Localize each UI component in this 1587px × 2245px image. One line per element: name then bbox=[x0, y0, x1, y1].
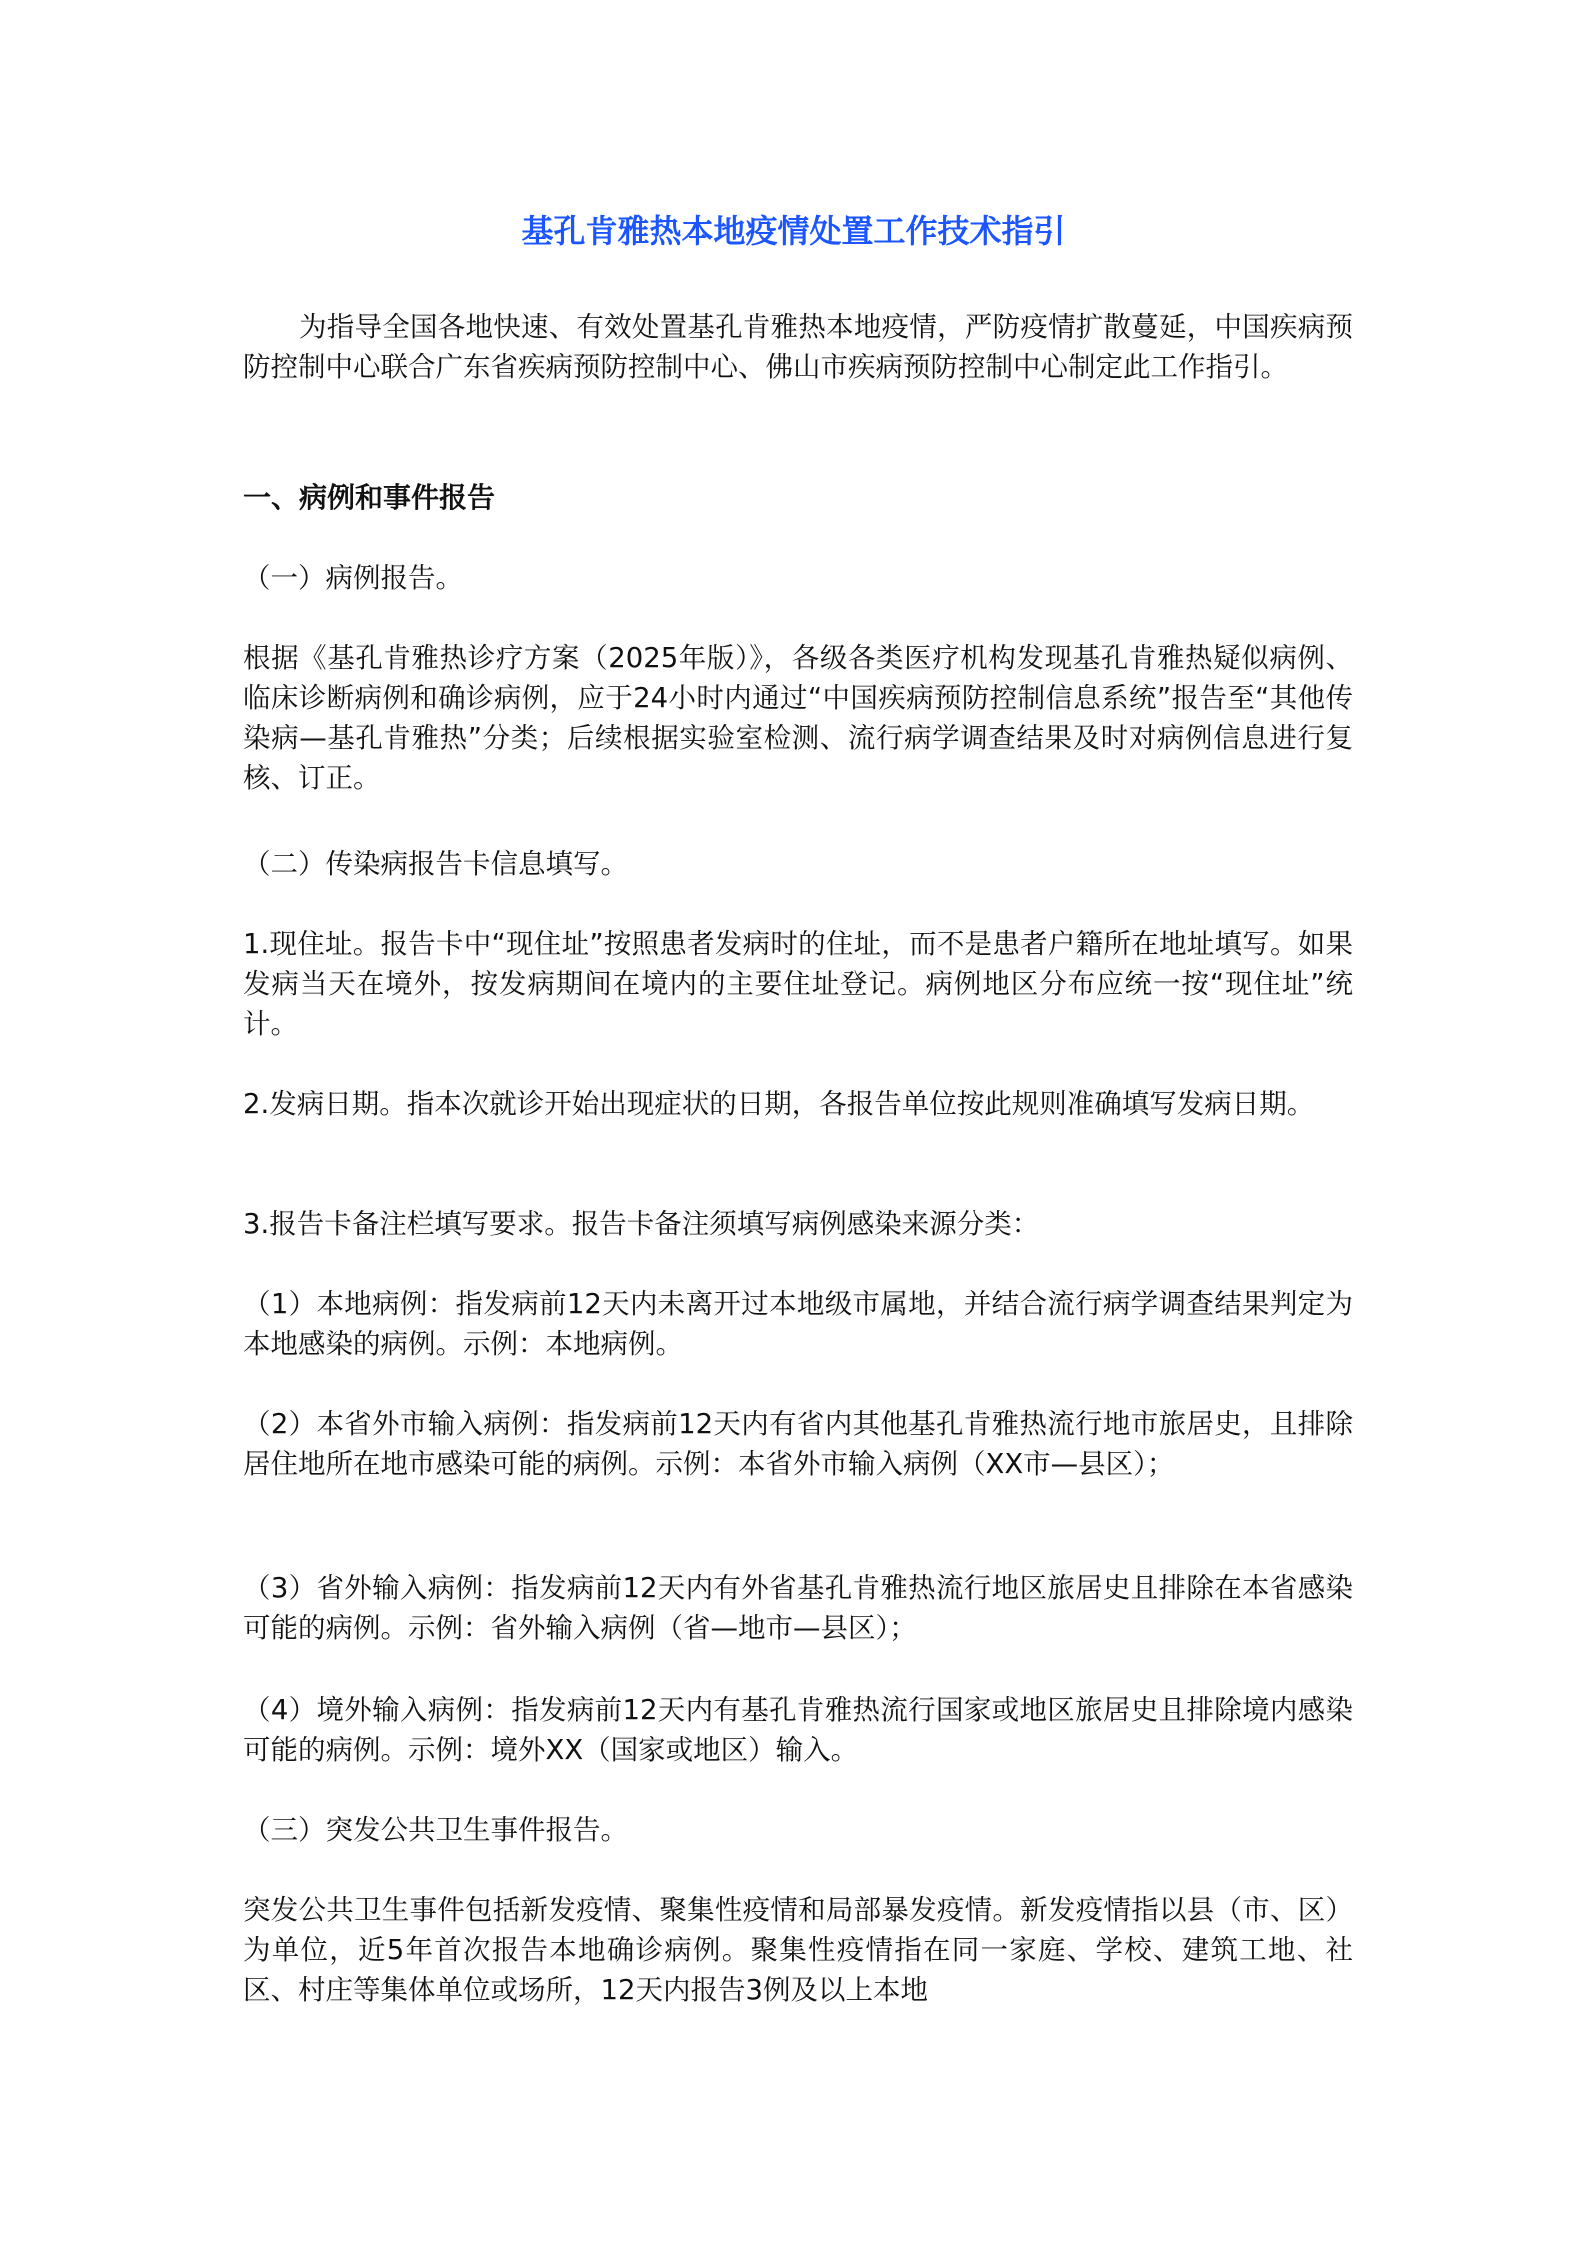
item-3-remarks: 3.报告卡备注栏填写要求。报告卡备注须填写病例感染来源分类： bbox=[243, 1204, 1353, 1244]
subsection-3-body: 突发公共卫生事件包括新发疫情、聚集性疫情和局部暴发疫情。新发疫情指以县（市、区）… bbox=[243, 1890, 1353, 2010]
case-type-other-city: （2）本省外市输入病例：指发病前12天内有省内其他基孔肯雅热流行地市旅居史，且排… bbox=[243, 1404, 1353, 1484]
document-page: 基孔肯雅热本地疫情处置工作技术指引 为指导全国各地快速、有效处置基孔肯雅热本地疫… bbox=[0, 0, 1587, 2245]
subsection-3-heading: （三）突发公共卫生事件报告。 bbox=[243, 1810, 1353, 1850]
document-title: 基孔肯雅热本地疫情处置工作技术指引 bbox=[0, 211, 1587, 251]
case-type-local: （1）本地病例：指发病前12天内未离开过本地级市属地，并结合流行病学调查结果判定… bbox=[243, 1284, 1353, 1364]
case-type-other-province: （3）省外输入病例：指发病前12天内有外省基孔肯雅热流行地区旅居史且排除在本省感… bbox=[243, 1568, 1353, 1648]
item-1-current-address: 1.现住址。报告卡中“现住址”按照患者发病时的住址，而不是患者户籍所在地址填写。… bbox=[243, 924, 1353, 1044]
section-1-heading: 一、病例和事件报告 bbox=[243, 478, 1353, 518]
item-2-onset-date: 2.发病日期。指本次就诊开始出现症状的日期，各报告单位按此规则准确填写发病日期。 bbox=[243, 1084, 1353, 1124]
subsection-1-heading: （一）病例报告。 bbox=[243, 558, 1353, 598]
subsection-1-body: 根据《基孔肯雅热诊疗方案（2025年版）》，各级各类医疗机构发现基孔肯雅热疑似病… bbox=[243, 638, 1353, 798]
case-type-overseas: （4）境外输入病例：指发病前12天内有基孔肯雅热流行国家或地区旅居史且排除境内感… bbox=[243, 1690, 1353, 1770]
subsection-2-heading: （二）传染病报告卡信息填写。 bbox=[243, 844, 1353, 884]
intro-paragraph: 为指导全国各地快速、有效处置基孔肯雅热本地疫情，严防疫情扩散蔓延，中国疾病预防控… bbox=[243, 307, 1353, 387]
